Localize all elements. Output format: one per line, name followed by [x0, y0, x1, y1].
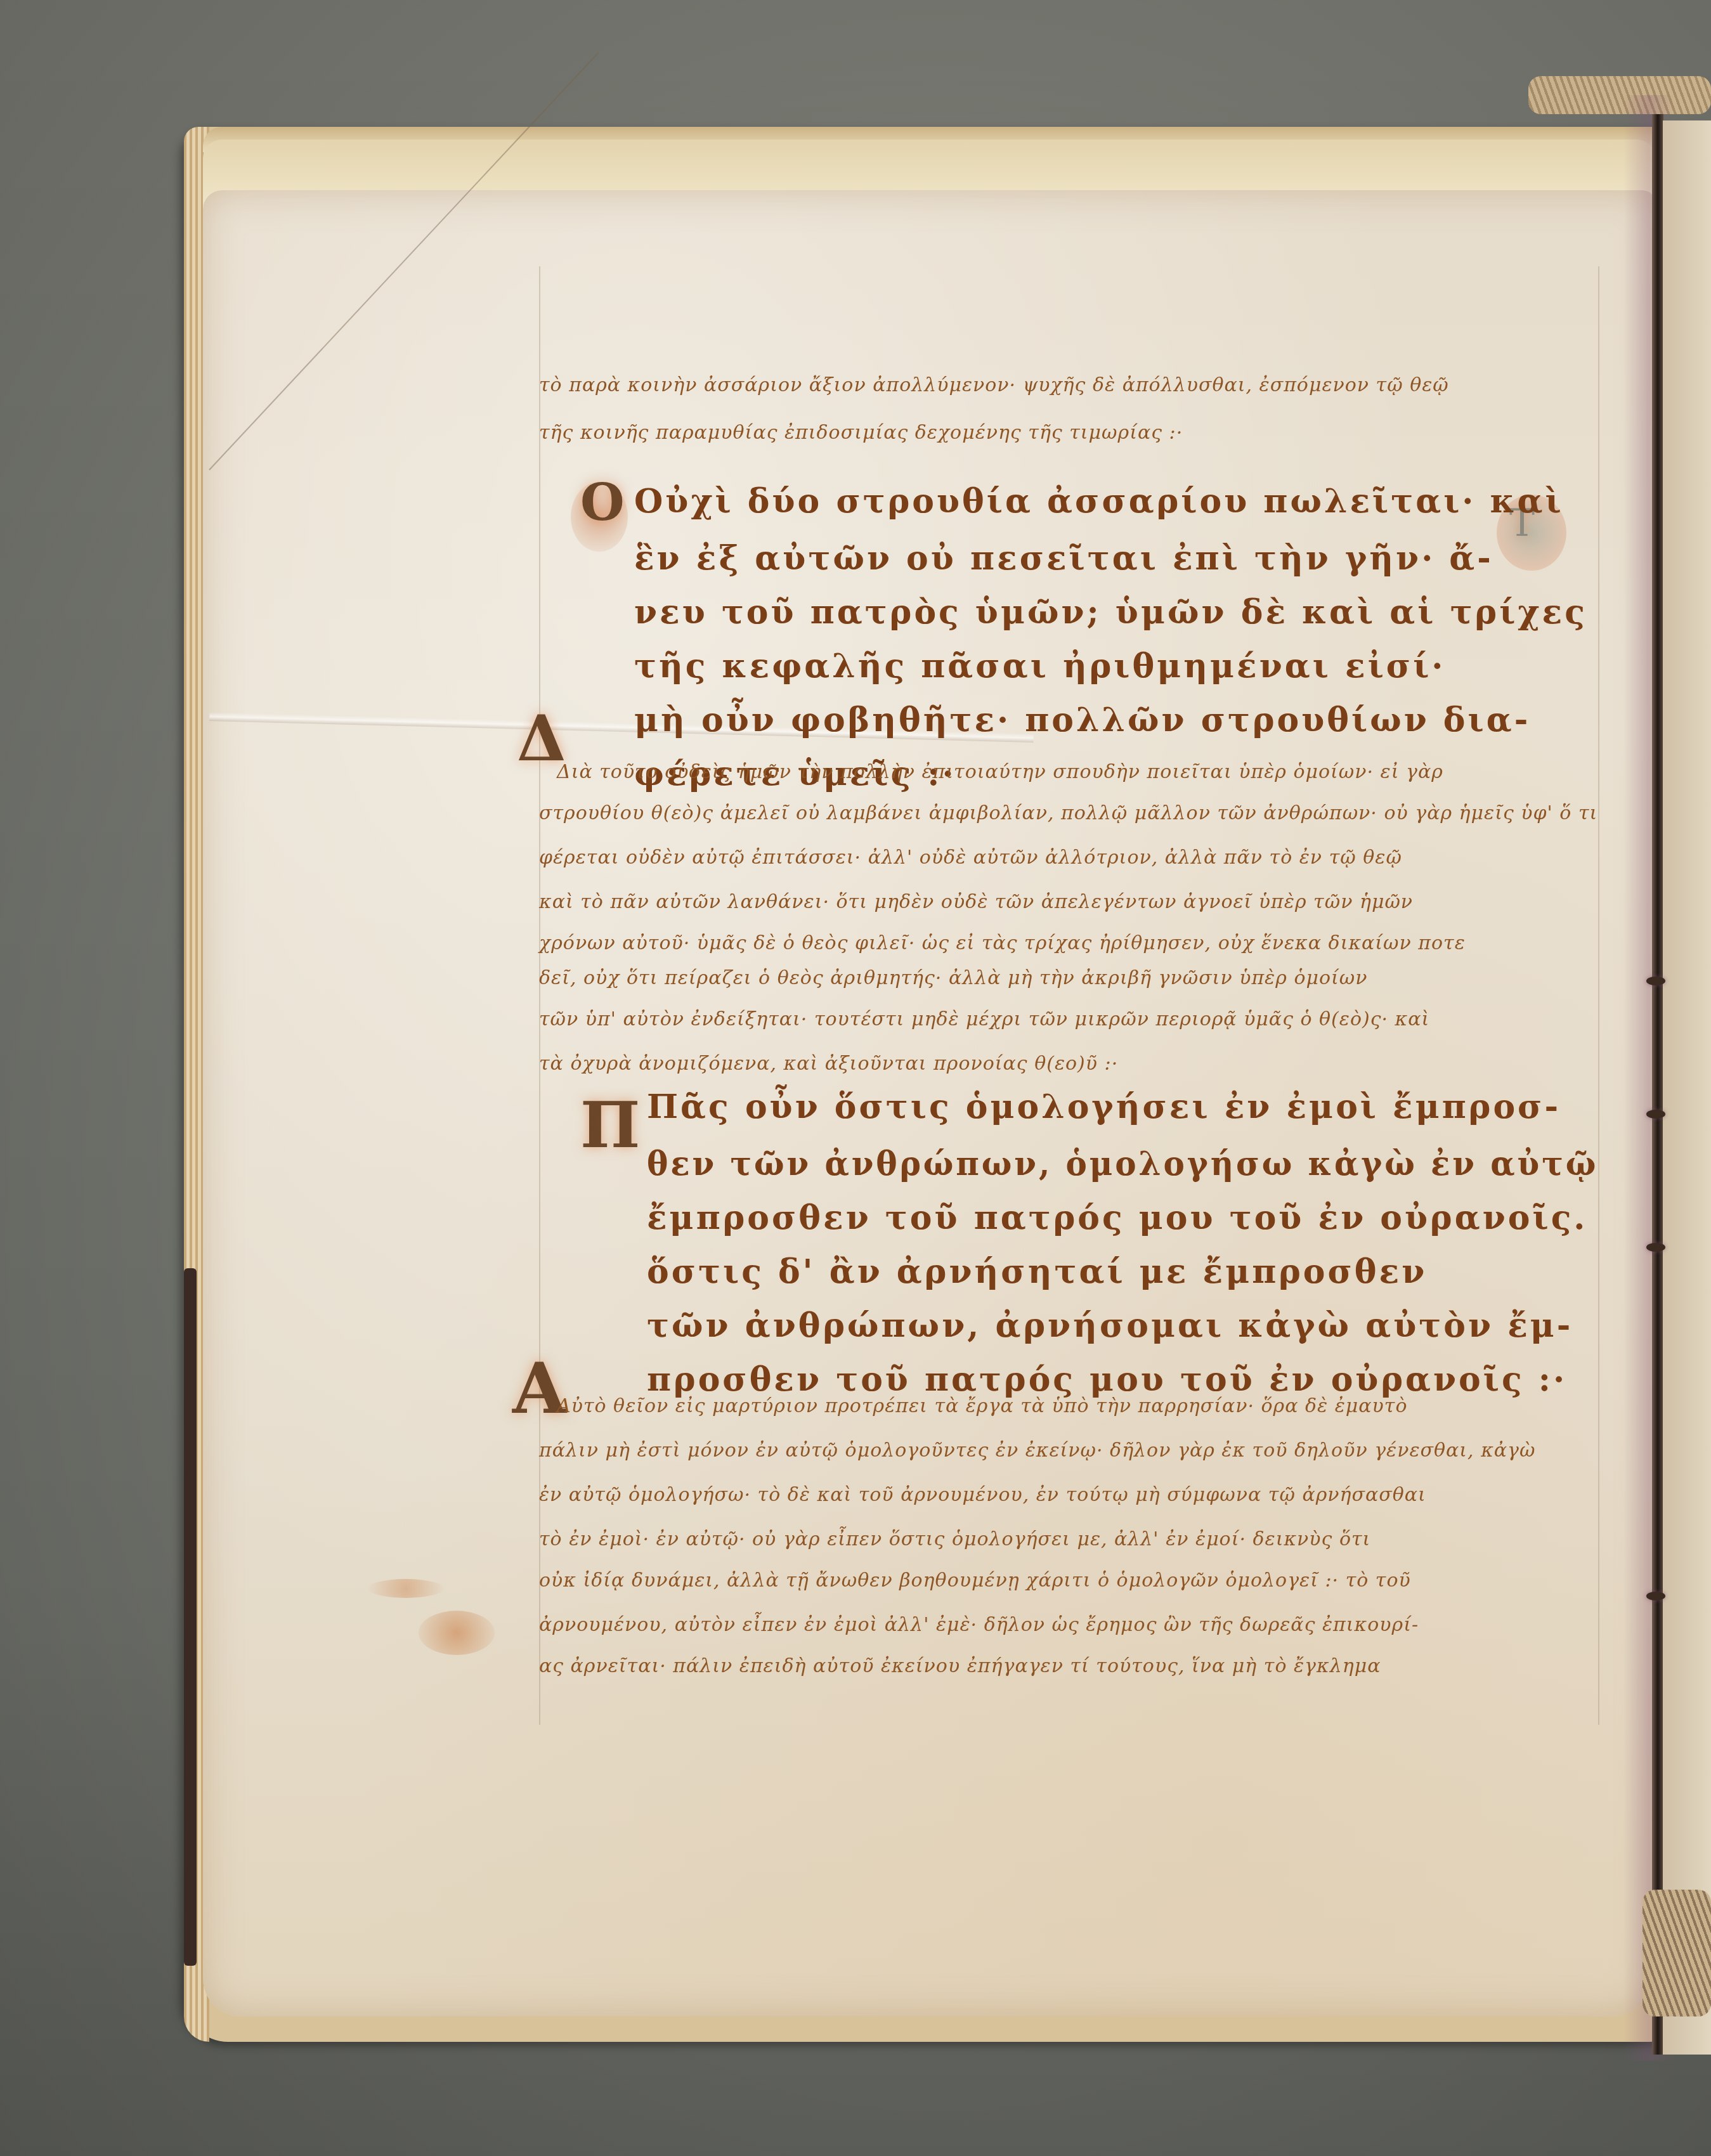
lemma-line: ὅστις δ' ἂν ἀρνήσηταί με ἔμπροσθεν [647, 1252, 1427, 1291]
scholia-line: στρουθίου θ(εὸ)ς ἀμελεῖ οὐ λαμβάνει ἀμφι… [539, 802, 1597, 824]
sewing-hole [1646, 977, 1665, 985]
scholia-line: οὐκ ἰδίᾳ δυνάμει, ἀλλὰ τῇ ἄνωθεν βοηθουμ… [539, 1569, 1411, 1592]
lemma-line: Οὐχὶ δύο στρουθία ἀσσαρίου πωλεῖται· καὶ [634, 482, 1564, 521]
scholia-line: φέρεται οὐδὲν αὐτῷ ἐπιτάσσει· ἀλλ' οὐδὲ … [539, 847, 1402, 869]
scholia-line: ἀρνουμένου, αὐτὸν εἶπεν ἐν ἐμοὶ ἀλλ' ἐμὲ… [539, 1614, 1419, 1636]
scholia-line: τὸ παρὰ κοινὴν ἀσσάριον ἄξιον ἀπολλύμενο… [539, 374, 1449, 396]
lemma-line: θεν τῶν ἀνθρώπων, ὁμολογήσω κἀγὼ ἐν αὐτῷ [647, 1145, 1598, 1183]
sewing-hole [1646, 1110, 1665, 1119]
lemma-line: ἓν ἐξ αὐτῶν οὐ πεσεῖται ἐπὶ τὴν γῆν· ἄ- [634, 539, 1493, 578]
scholia-line: ἐν αὐτῷ ὁμολογήσω· τὸ δὲ καὶ τοῦ ἀρνουμέ… [539, 1484, 1426, 1506]
scholia-line: δεῖ, οὐχ ὅτι πείραζει ὁ θεὸς ἀριθμητής· … [539, 967, 1367, 989]
scholia-line: τὸ ἐν ἐμοὶ· ἐν αὐτῷ· οὐ γὰρ εἶπεν ὅστις … [539, 1528, 1370, 1550]
red-ink-smudge [419, 1611, 495, 1655]
sewing-hole [1646, 1243, 1665, 1252]
scholia-line: καὶ τὸ πᾶν αὐτῶν λανθάνει· ὅτι μηδὲν οὐδ… [539, 891, 1413, 913]
scholia-line: τὰ ὀχυρὰ ἀνομιζόμενα, καὶ ἀξιοῦνται προν… [539, 1053, 1118, 1075]
scholia-line: πάλιν μὴ ἐστὶ μόνον ἐν αὐτῷ ὁμολογοῦντες… [539, 1439, 1536, 1462]
scholia-line: Αὐτὸ θεῖον εἰς μαρτύριον προτρέπει τὰ ἔρ… [557, 1395, 1408, 1417]
gutter [1652, 114, 1663, 2055]
scholia-line: τῆς κοινῆς παραμυθίας ἐπιδοσιμίας δεχομέ… [539, 422, 1183, 444]
lemma-line: νευ τοῦ πατρὸς ὑμῶν; ὑμῶν δὲ καὶ αἱ τρίχ… [634, 593, 1587, 632]
facing-page-edge [1663, 120, 1711, 2055]
lemma-line: Πᾶς οὖν ὅστις ὁμολογήσει ἐν ἐμοὶ ἔμπροσ- [647, 1088, 1561, 1126]
leather-cover-edge [184, 1268, 197, 1966]
binding-thread-bottom [1643, 1890, 1711, 2016]
ruling-line [539, 266, 540, 1725]
scholia-line: τῶν ὑπ' αὐτὸν ἐνδείξηται· τουτέστι μηδὲ … [539, 1008, 1429, 1030]
lemma-line: προσθεν τοῦ πατρός μου τοῦ ἐν οὐρανοῖς :… [647, 1360, 1567, 1399]
initial-omicron: Ο [580, 472, 625, 532]
binding-thread-top [1528, 76, 1711, 114]
scholia-line: ας ἀρνεῖται· πάλιν ἐπειδὴ αὐτοῦ ἐκείνου … [539, 1655, 1381, 1677]
scholia-line: χρόνων αὐτοῦ· ὑμᾶς δὲ ὁ θεὸς φιλεῖ· ὡς ε… [539, 932, 1466, 954]
lemma-line: τῆς κεφαλῆς πᾶσαι ἠριθμημέναι εἰσί· [634, 647, 1445, 685]
scholia-line: Διὰ τοῦτο οὐδεὶς ἡμῶν τὴν πολλὴν ἐπιτοια… [557, 761, 1443, 783]
lemma-line: ἔμπροσθεν τοῦ πατρός μου τοῦ ἐν οὐρανοῖς… [647, 1198, 1587, 1237]
red-ink-smudge [368, 1579, 444, 1598]
sewing-hole [1646, 1592, 1665, 1601]
initial-pi: Π [580, 1088, 640, 1162]
ruling-line [1598, 266, 1599, 1725]
lemma-line: μὴ οὖν φοβηθῆτε· πολλῶν στρουθίων δια- [634, 701, 1530, 739]
lemma-line: τῶν ἀνθρώπων, ἀρνήσομαι κἀγὼ αὐτὸν ἔμ- [647, 1306, 1573, 1345]
